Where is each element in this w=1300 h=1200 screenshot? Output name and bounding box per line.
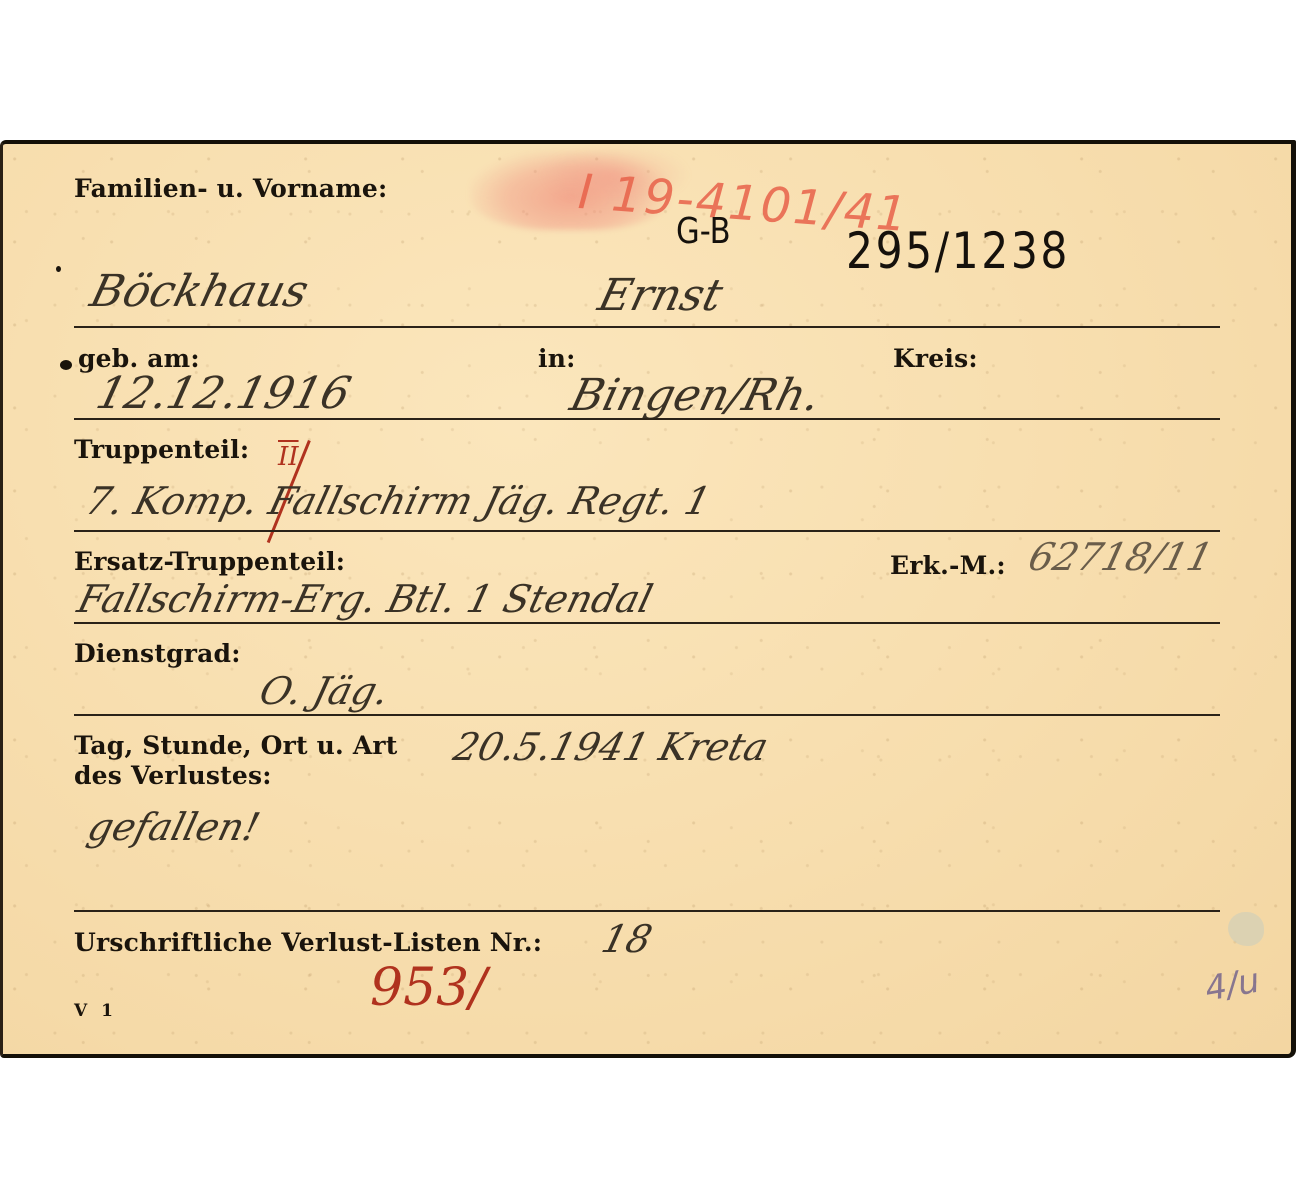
rank-label: Dienstgrad: [74, 641, 241, 666]
birth-rule [74, 418, 1220, 420]
unit-red-mark: II [278, 444, 299, 470]
born-in-label: in: [538, 346, 576, 371]
name-label: Familien- u. Vorname: [74, 176, 387, 201]
rank-rule [74, 714, 1220, 716]
name-rule [74, 326, 1220, 328]
replacement-unit-rule [74, 622, 1220, 624]
unit-entry: 7. Komp. Fallschirm Jäg. Regt. 1 [82, 482, 714, 520]
first-name-entry: Ernst [594, 274, 727, 318]
corner-stain [1228, 912, 1264, 946]
list-number-red-entry: 953/ [370, 962, 487, 1014]
loss-type-entry: gefallen! [84, 808, 264, 846]
replacement-unit-label: Ersatz-Truppenteil: [74, 549, 345, 574]
id-tag-entry: 62718/11 [1025, 538, 1217, 576]
id-tag-label: Erk.-M.: [890, 553, 1006, 578]
birth-date-entry: 12.12.1916 [92, 372, 355, 416]
file-number-stamp: 295/1238 [846, 226, 1070, 276]
rank-entry: O. Jäg. [256, 672, 393, 710]
unit-label: Truppenteil: [74, 437, 249, 462]
form-code: V 1 [74, 1001, 117, 1021]
corner-pencil-mark: 4/u [1202, 964, 1262, 1007]
surname-entry: Böckhaus [86, 270, 313, 314]
ink-blot [60, 360, 72, 370]
birth-place-entry: Bingen/Rh. [566, 374, 825, 418]
list-number-black-entry: 18 [598, 920, 656, 958]
district-label: Kreis: [893, 346, 978, 371]
replacement-unit-entry: Fallschirm-Erg. Btl. 1 Stendal [74, 580, 656, 618]
margin-dot [56, 266, 61, 272]
loss-rule [74, 910, 1220, 912]
loss-date-place-entry: 20.5.1941 Kreta [450, 728, 772, 766]
list-number-label: Urschriftliche Verlust-Listen Nr.: [74, 930, 542, 955]
gb-code-stamp: G-B [676, 214, 731, 250]
loss-label-line2: des Verlustes: [74, 763, 272, 788]
loss-label-line1: Tag, Stunde, Ort u. Art [74, 733, 398, 758]
unit-rule [74, 530, 1220, 532]
